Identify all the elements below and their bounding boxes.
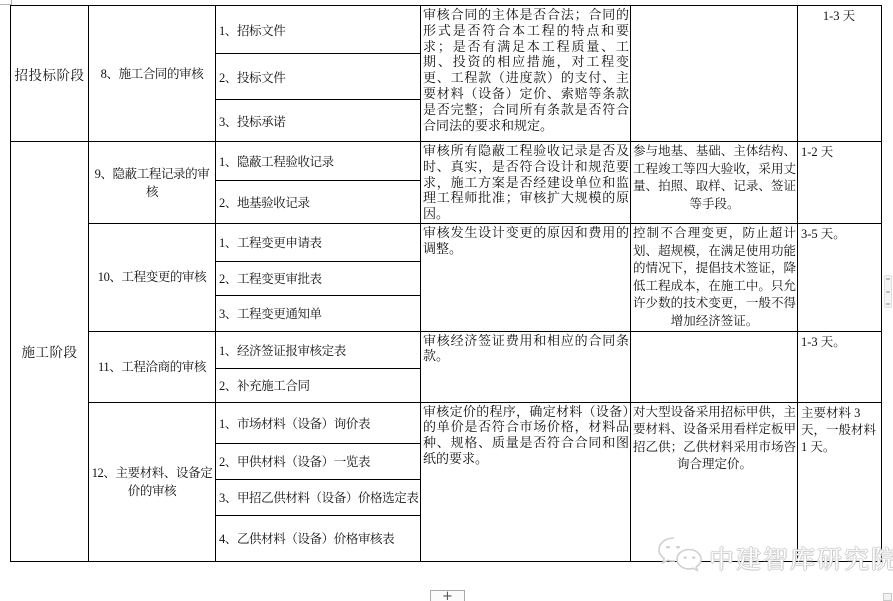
document-cell: 1、招标文件	[216, 6, 421, 54]
item-cell: 8、施工合同的审核	[89, 6, 216, 142]
table-row: 11、工程洽商的审核1、经济签证报审核定表审核经济签证费用和相应的合同条款。1-…	[11, 331, 882, 368]
table-row: 12、主要材料、设备定价的审核1、市场材料（设备）询价表审核定价的程序，确定材料…	[11, 402, 882, 443]
stage-cell: 施工阶段	[11, 142, 89, 562]
duration-cell: 1-3 天	[798, 6, 882, 142]
document-cell: 2、投标文件	[216, 54, 421, 100]
control-points-cell: 控制不合理变更，防止超计划、超规模，在满足使用功能的情况下，提倡技术签证，降低工…	[631, 224, 798, 332]
duration-cell: 1-3 天。	[798, 331, 882, 402]
review-content-cell: 审核合同的主体是否合法；合同的形式是否符合本工程的特点和要求；是否有满足本工程质…	[421, 6, 631, 142]
review-content-cell: 审核定价的程序，确定材料（设备）的单价是否符合市场价格，材料品种、规格、质量是否…	[421, 402, 631, 561]
audit-table-body: 招投标阶段8、施工合同的审核1、招标文件审核合同的主体是否合法；合同的形式是否符…	[11, 6, 882, 562]
control-points-cell	[631, 331, 798, 402]
table-row: 施工阶段9、隐蔽工程记录的审核1、隐蔽工程验收记录审核所有隐蔽工程验收记录是否及…	[11, 142, 882, 181]
scrollbar-grip-icon	[886, 278, 890, 280]
review-content-cell: 审核所有隐蔽工程验收记录是否及时、真实，是否符合设计和规范要求，施工方案是否经建…	[421, 142, 631, 224]
document-cell: 1、市场材料（设备）询价表	[216, 402, 421, 443]
document-cell: 2、补充施工合同	[216, 368, 421, 402]
duration-cell: 1-2 天	[798, 142, 882, 224]
item-cell: 10、工程变更的审核	[89, 224, 216, 332]
scrollbar-grip-icon	[886, 303, 890, 305]
document-cell: 2、地基验收记录	[216, 181, 421, 224]
control-points-cell	[631, 6, 798, 142]
vertical-scrollbar-thumb[interactable]	[884, 275, 892, 308]
document-cell: 1、经济签证报审核定表	[216, 331, 421, 368]
document-cell: 1、工程变更申请表	[216, 224, 421, 262]
document-cell: 4、乙供材料（设备）价格审核表	[216, 515, 421, 561]
duration-cell: 3-5 天。	[798, 224, 882, 332]
item-cell: 12、主要材料、设备定价的审核	[89, 402, 216, 561]
audit-table: 招投标阶段8、施工合同的审核1、招标文件审核合同的主体是否合法；合同的形式是否符…	[10, 5, 882, 562]
table-row: 10、工程变更的审核1、工程变更申请表审核发生设计变更的原因和费用的调整。控制不…	[11, 224, 882, 262]
item-cell: 11、工程洽商的审核	[89, 331, 216, 402]
control-points-cell: 参与地基、基础、主体结构、工程竣工等四大验收，采用丈量、拍照、取样、记录、签证等…	[631, 142, 798, 224]
document-cell: 2、工程变更审批表	[216, 261, 421, 295]
document-cell: 3、投标承诺	[216, 100, 421, 142]
duration-cell: 主要材料 3 天，一般材料 1 天。	[798, 402, 882, 561]
review-content-cell: 审核经济签证费用和相应的合同条款。	[421, 331, 631, 402]
scrollbar-grip-icon	[886, 291, 890, 293]
stage-cell: 招投标阶段	[11, 6, 89, 142]
add-row-button[interactable]: +	[430, 590, 465, 601]
table-row: 招投标阶段8、施工合同的审核1、招标文件审核合同的主体是否合法；合同的形式是否符…	[11, 6, 882, 54]
document-cell: 3、甲招乙供材料（设备）价格选定表	[216, 479, 421, 515]
item-cell: 9、隐蔽工程记录的审核	[89, 142, 216, 224]
document-cell: 1、隐蔽工程验收记录	[216, 142, 421, 181]
document-cell: 3、工程变更通知单	[216, 295, 421, 331]
review-content-cell: 审核发生设计变更的原因和费用的调整。	[421, 224, 631, 332]
scroll-anchor-icon[interactable]	[883, 593, 892, 601]
document-cell: 2、甲供材料（设备）一览表	[216, 443, 421, 479]
control-points-cell: 对大型设备采用招标甲供，主要材料、设备采用看样定板甲招乙供；乙供材料采用市场咨询…	[631, 402, 798, 561]
